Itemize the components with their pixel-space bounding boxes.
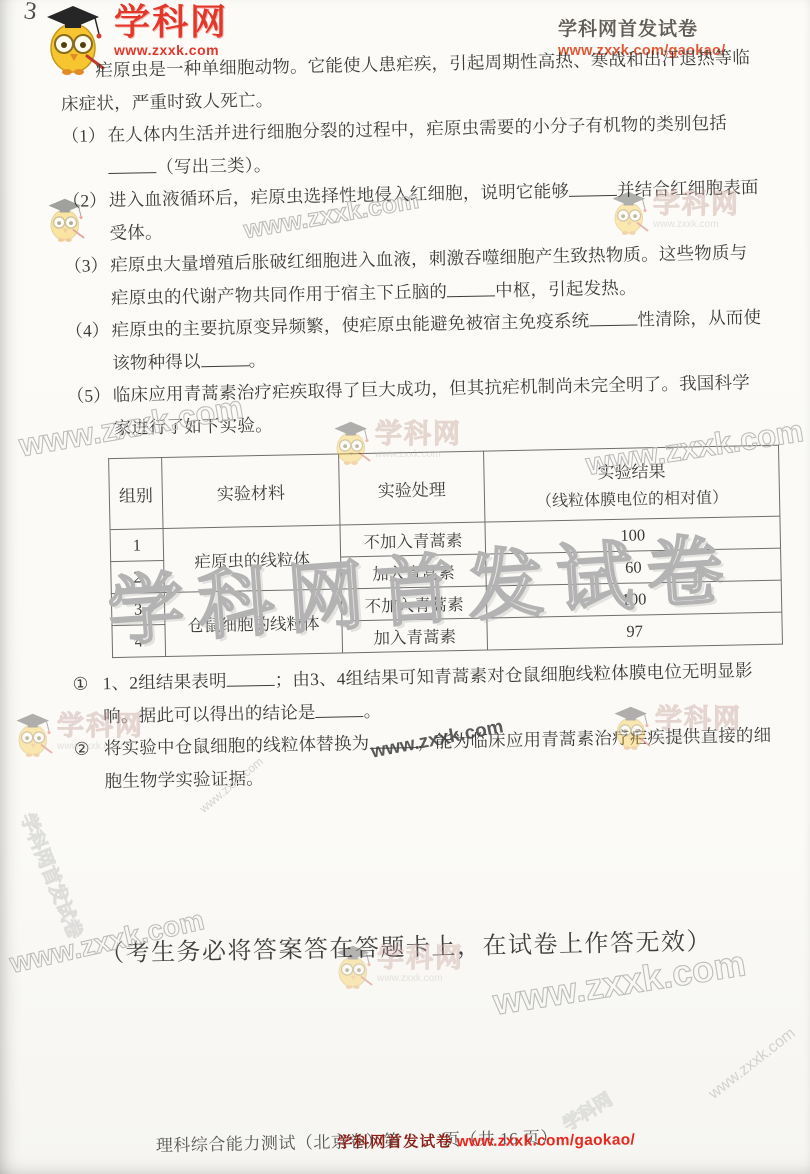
header-group: 组别 — [109, 458, 163, 530]
cell-material: 仓鼠细胞的线粒体 — [164, 589, 342, 657]
experiment-table: 组别 实验材料 实验处理 实验结果 （线粒体膜电位的相对值） 1 疟原虫的线粒体… — [108, 445, 783, 658]
scanned-exam-page: 3 学科网 www.zxxk.com 学科网首发试卷 www.zxxk.com/… — [0, 0, 810, 1174]
question-number: （5） — [67, 379, 114, 445]
cell-treatment: 加入青蒿素 — [342, 618, 488, 653]
release-banner: 学科网首发试卷 — [558, 14, 725, 41]
question-text: 临床应用青蒿素治疗疟疾取得了巨大成功，但其抗疟机制尚未完全明了。我国科学家进行了… — [113, 366, 768, 444]
cell-treatment: 不加入青蒿素 — [340, 522, 486, 557]
answer-blank — [447, 280, 495, 297]
answer-blank — [108, 157, 156, 174]
table-header-row: 组别 实验材料 实验处理 实验结果 （线粒体膜电位的相对值） — [109, 445, 780, 529]
footer-release-stamp: 学科网首发试卷 www.zxxk.com/gaokao/ — [337, 1127, 635, 1152]
cell-material: 疟原虫的线粒体 — [163, 525, 341, 593]
cell-value: 97 — [487, 612, 783, 650]
cell-group: 3 — [111, 593, 165, 626]
header-result-subtitle: （线粒体膜电位的相对值） — [487, 484, 777, 513]
cell-treatment: 不加入青蒿素 — [341, 586, 487, 621]
header-result-title: 实验结果 — [486, 455, 776, 486]
stamp-url: www.zxxk.com/gaokao/ — [456, 1131, 635, 1150]
answer-blank — [369, 732, 417, 749]
question-number: （2） — [63, 184, 110, 250]
header-material: 实验材料 — [162, 454, 340, 529]
answer-blank — [200, 350, 248, 367]
sub-question-number: ② — [74, 732, 105, 798]
sub-question-2: ② 将实验中仓鼠细胞的线粒体替换为，能为临床应用青蒿素治疗疟疾提供直接的细胞生物… — [74, 719, 775, 798]
answer-blank — [569, 180, 617, 197]
brand-name: 学科网 — [114, 4, 228, 40]
question-5: （5） 临床应用青蒿素治疗疟疾取得了巨大成功，但其抗疟机制尚未完全明了。我国科学… — [67, 366, 768, 445]
sub-question-text: 将实验中仓鼠细胞的线粒体替换为，能为临床应用青蒿素治疗疟疾提供直接的细胞生物学实… — [104, 719, 775, 797]
stamp-banner: 学科网首发试卷 — [337, 1133, 453, 1151]
cell-group: 1 — [110, 529, 164, 562]
question-number: （3） — [64, 249, 111, 315]
cell-group: 4 — [112, 625, 166, 658]
cell-group: 2 — [111, 561, 165, 594]
exam-note: （考生务必将答案答在答题卡上，在试卷上作答无效） — [100, 920, 779, 969]
question-number: （1） — [61, 119, 108, 185]
exam-content: 疟原虫是一种单细胞动物。它能使人患疟疾，引起周期性高热、寒战和出汗退热等临床症状… — [60, 41, 778, 969]
sub-question-number: ① — [72, 667, 103, 733]
handwritten-page-mark: 3 — [22, 0, 38, 27]
question-number: （4） — [65, 314, 112, 380]
header-result: 实验结果 （线粒体膜电位的相对值） — [484, 445, 780, 522]
answer-blank — [315, 701, 363, 718]
header-treatment: 实验处理 — [339, 451, 485, 525]
answer-blank — [227, 670, 275, 687]
watermark-scribble: www.zxxk.com — [706, 1025, 800, 1104]
owl-mascot-icon — [14, 712, 54, 758]
cell-treatment: 加入青蒿素 — [341, 554, 487, 589]
answer-blank — [589, 310, 637, 327]
